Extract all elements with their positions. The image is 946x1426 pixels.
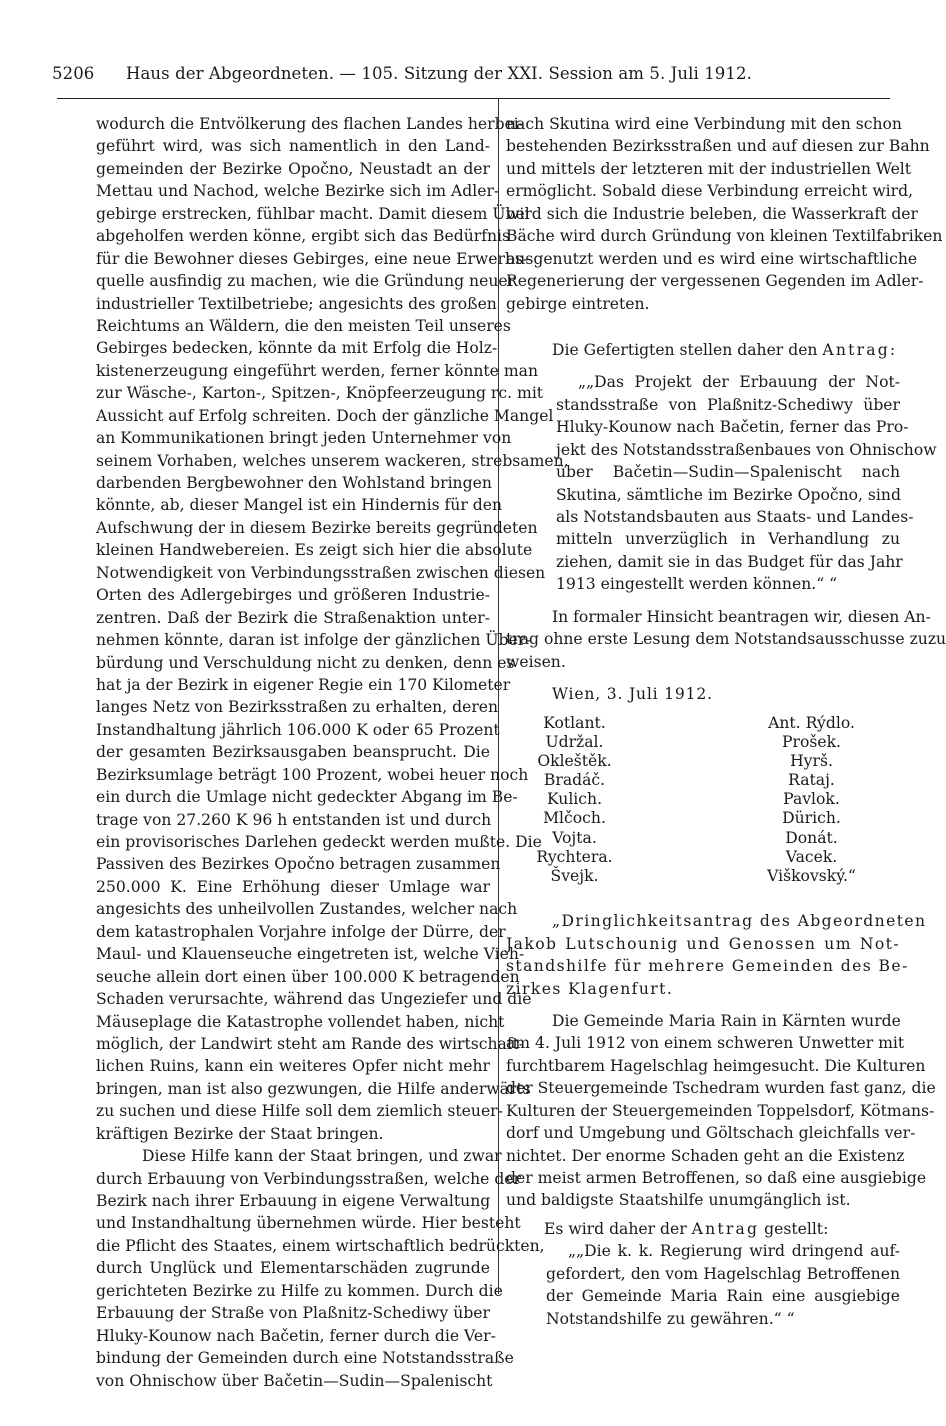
text-line: standsstraße von Plaßnitz-Schediwy über [556,394,900,416]
text-line: ermöglicht. Sobald diese Verbindung erre… [506,180,900,202]
text-line: Notstandshilfe zu gewähren.“ “ [546,1308,900,1330]
text-line: Passiven des Bezirkes Opočno betragen zu… [96,853,490,875]
text-line: Kulturen der Steuergemeinden Toppelsdorf… [506,1100,900,1122]
text-line: die Pflicht des Staates, einem wirtschaf… [96,1235,490,1257]
spacer [506,315,900,339]
text-line: hat ja der Bezirk in eigener Regie ein 1… [96,674,490,696]
spacer [506,673,900,683]
signature-name: Kulich. [547,790,602,809]
text-line: industrieller Textilbetriebe; angesichts… [96,293,490,315]
text-line: ausgenutzt werden und es wird eine wirts… [506,248,900,270]
text-line: durch Erbauung von Verbindungsstraßen, w… [96,1168,490,1190]
signature-name: Švejk. [551,867,599,886]
text-line: am 4. Juli 1912 von einem schweren Unwet… [506,1032,900,1054]
page-header: 5206 Haus der Abgeordneten. — 105. Sitzu… [52,64,910,94]
text-line: Gebirges bedecken, könnte da mit Erfolg … [96,337,490,359]
text-line: Skutina, sämtliche im Bezirke Opočno, si… [556,484,900,506]
text-line: „„Das Projekt der Erbauung der Not- [556,371,900,393]
text-line: „Dringlichkeitsantrag des Abgeordneten [506,910,900,932]
second-motion-keyword: Antrag [692,1220,760,1238]
text-line: kleinen Handwebereien. Es zeigt sich hie… [96,539,490,561]
text-line: durch Unglück und Elementarschäden zugru… [96,1257,490,1279]
text-line: Schaden verursachte, während das Ungezie… [96,988,490,1010]
text-line: Maul- und Klauenseuche eingetreten ist, … [96,943,490,965]
text-line: Instandhaltung jährlich 106.000 K oder 6… [96,719,490,741]
paragraph-state-help: Diese Hilfe kann der Staat bringen, und … [96,1145,490,1392]
text-line: 250.000 K. Eine Erhöhung dieser Umlage w… [96,876,490,898]
text-line: ein durch die Umlage nicht gedeckter Abg… [96,786,490,808]
text-line: In formaler Hinsicht beantragen wir, die… [506,606,900,628]
text-line: „„Die k. k. Regierung wird dringend auf- [546,1240,900,1262]
signature-name: Bradáč. [544,771,605,790]
text-line: wodurch die Entvölkerung des flachen Lan… [96,113,490,135]
text-line: bringen, man ist also gezwungen, die Hil… [96,1078,490,1100]
text-line: furchtbarem Hagelschlag heimgesucht. Die… [506,1055,900,1077]
text-line: quelle ausfindig zu machen, wie die Grün… [96,270,490,292]
paragraph-formal: In formaler Hinsicht beantragen wir, die… [506,606,900,673]
text-line: Die Gemeinde Maria Rain in Kärnten wurde [506,1010,900,1032]
text-line: zentren. Daß der Bezirk die Straßenaktio… [96,607,490,629]
signature-list: Kotlant. Udržal. Okleštěk. Bradáč. Kulic… [506,714,900,887]
right-column: nach Skutina wird eine Verbindung mit de… [506,113,900,1330]
signatures-left: Kotlant. Udržal. Okleštěk. Bradáč. Kulic… [506,714,703,887]
signature-name: Dürich. [782,809,841,828]
place-date: Wien, 3. Juli 1912. [506,683,900,705]
text-line: weisen. [506,651,900,673]
signature-name: Rychtera. [536,848,612,867]
text-line: wird sich die Industrie beleben, die Was… [506,203,900,225]
signature-name: Okleštěk. [537,752,611,771]
spacer [506,596,900,606]
text-line: darbenden Bergbewohner den Wohlstand bri… [96,472,490,494]
signature-name: Rataj. [788,771,835,790]
text-line: Jakob Lutschounig und Genossen um Not- [506,933,900,955]
text-line: bindung der Gemeinden durch eine Notstan… [96,1347,490,1369]
text-line: nach Skutina wird eine Verbindung mit de… [506,113,900,135]
text-line: der Steuergemeinde Tschedram wurden fast… [506,1077,900,1099]
text-line: seinem Vorhaben, welches unserem wackere… [96,450,490,472]
second-motion-suffix: gestellt: [759,1220,828,1238]
text-line: gemeinden der Bezirke Opočno, Neustadt a… [96,158,490,180]
signature-name: Viškovský.“ [767,867,856,886]
text-line: nichtet. Der enorme Schaden geht an die … [506,1145,900,1167]
text-line: angesichts des unheilvollen Zustandes, w… [96,898,490,920]
text-line: Hluky-Kounow nach Bačetin, ferner durch … [96,1325,490,1347]
text-line: zu suchen und diese Hilfe soll dem zieml… [96,1100,490,1122]
paragraph-depopulation: wodurch die Entvölkerung des flachen Lan… [96,113,490,1145]
running-title: Haus der Abgeordneten. — 105. Sitzung de… [126,64,910,83]
text-line: gerichteten Bezirke zu Hilfe zu kommen. … [96,1280,490,1302]
text-line: der gesamten Bezirksausgaben beansprucht… [96,741,490,763]
signature-name: Ant. Rýdlo. [768,714,855,733]
text-line: kistenerzeugung eingeführt werden, ferne… [96,360,490,382]
text-line: könnte, ab, dieser Mangel ist ein Hinder… [96,494,490,516]
text-line: bestehenden Bezirksstraßen und auf diese… [506,135,900,157]
spacer [506,1000,900,1010]
text-line: Bezirk nach ihrer Erbauung in eigene Ver… [96,1190,490,1212]
signature-name: Donát. [785,829,837,848]
text-line: bürdung und Verschuldung nicht zu denken… [96,652,490,674]
text-line: ein provisorisches Darlehen gedeckt werd… [96,831,490,853]
text-line: von Ohnischow über Bačetin—Sudin—Spaleni… [96,1370,490,1392]
urgent-motion-heading: „Dringlichkeitsantrag des Abgeordneten J… [506,910,900,1000]
text-line: abgeholfen werden könne, ergibt sich das… [96,225,490,247]
signature-name: Prošek. [782,733,841,752]
text-line: möglich, der Landwirt steht am Rande des… [96,1033,490,1055]
text-line: geführt wird, was sich namentlich in den… [96,135,490,157]
paragraph-maria-rain: Die Gemeinde Maria Rain in Kärnten wurde… [506,1010,900,1212]
signatures-right: Ant. Rýdlo. Prošek. Hyrš. Rataj. Pavlok.… [703,714,900,887]
text-line: trag ohne erste Lesung dem Notstandsauss… [506,628,900,650]
text-line: zur Wäsche-, Karton-, Spitzen-, Knöpfeer… [96,382,490,404]
text-line: dorf und Umgebung und Göltschach gleichf… [506,1122,900,1144]
text-line: standshilfe für mehrere Gemeinden des Be… [506,955,900,977]
text-line: und mittels der letzteren mit der indust… [506,158,900,180]
signature-name: Udržal. [545,733,603,752]
signature-name: Pavlok. [783,790,840,809]
left-column: wodurch die Entvölkerung des flachen Lan… [96,113,490,1392]
text-line: gebirge eintreten. [506,293,900,315]
text-line: kräftigen Bezirke der Staat bringen. [96,1123,490,1145]
motion-intro: Die Gefertigten stellen daher den Antrag… [506,339,900,361]
text-line: Hluky-Kounow nach Bačetin, ferner das Pr… [556,416,900,438]
signature-name: Kotlant. [543,714,605,733]
text-line: Erbauung der Straße von Plaßnitz-Schediw… [96,1302,490,1324]
text-line: jekt des Notstandsstraßenbaues von Ohnis… [556,439,900,461]
text-line: ziehen, damit sie in das Budget für das … [556,551,900,573]
text-line: mitteln unverzüglich in Verhandlung zu [556,528,900,550]
text-line: der Gemeinde Maria Rain eine ausgiebige [546,1285,900,1307]
motion-intro-text: Die Gefertigten stellen daher den [552,341,822,359]
text-line: gefordert, den vom Hagelschlag Betroffen… [546,1263,900,1285]
page-number: 5206 [52,64,126,83]
text-line: Bäche wird durch Gründung von kleinen Te… [506,225,900,247]
text-line: als Notstandsbauten aus Staats- und Land… [556,506,900,528]
text-line: 1913 eingestellt werden können.“ “ [556,573,900,595]
text-line: Aufschwung der in diesem Bezirke bereits… [96,517,490,539]
second-motion-quote: „„Die k. k. Regierung wird dringend auf-… [506,1240,900,1330]
text-line: Notwendigkeit von Verbindungsstraßen zwi… [96,562,490,584]
text-line: Diese Hilfe kann der Staat bringen, und … [96,1145,490,1167]
text-line: und baldigste Staatshilfe unumgänglich i… [506,1189,900,1211]
text-line: gebirge erstrecken, fühlbar macht. Damit… [96,203,490,225]
text-line: Bezirksumlage beträgt 100 Prozent, wobei… [96,764,490,786]
signature-name: Vojta. [552,829,597,848]
text-line: Reichtums an Wäldern, die den meisten Te… [96,315,490,337]
signature-name: Mlčoch. [543,809,606,828]
text-line: Aussicht auf Erfolg schreiten. Doch der … [96,405,490,427]
signature-name: Vacek. [786,848,838,867]
text-line: lichen Ruins, kann ein weiteres Opfer ni… [96,1055,490,1077]
text-line: trage von 27.260 K 96 h entstanden ist u… [96,809,490,831]
spacer [506,886,900,910]
header-rule [57,98,890,99]
text-line: der meist armen Betroffenen, so daß eine… [506,1167,900,1189]
second-motion-intro: Es wird daher der Antrag gestellt: [506,1218,900,1240]
motion-quote: „„Das Projekt der Erbauung der Not- stan… [506,371,900,595]
paragraph-connection: nach Skutina wird eine Verbindung mit de… [506,113,900,315]
text-line: zirkes Klagenfurt. [506,978,900,1000]
spacer [506,361,900,371]
text-line: Mäuseplage die Katastrophe vollendet hab… [96,1011,490,1033]
text-line: langes Netz von Bezirksstraßen zu erhalt… [96,696,490,718]
text-line: nehmen könnte, daran ist infolge der gän… [96,629,490,651]
text-line: an Kommunikationen bringt jeden Unterneh… [96,427,490,449]
motion-keyword: Antrag: [822,341,897,359]
second-motion-text: Es wird daher der [544,1220,692,1238]
text-line: über Bačetin—Sudin—Spalenischt nach [556,461,900,483]
text-line: für die Bewohner dieses Gebirges, eine n… [96,248,490,270]
text-line: und Instandhaltung übernehmen würde. Hie… [96,1212,490,1234]
text-line: Regenerierung der vergessenen Gegenden i… [506,270,900,292]
text-line: dem katastrophalen Vorjahre infolge der … [96,921,490,943]
text-line: seuche allein dort einen über 100.000 K … [96,966,490,988]
text-line: Orten des Adlergebirges und größeren Ind… [96,584,490,606]
signature-name: Hyrš. [790,752,833,771]
text-line: Mettau und Nachod, welche Bezirke sich i… [96,180,490,202]
